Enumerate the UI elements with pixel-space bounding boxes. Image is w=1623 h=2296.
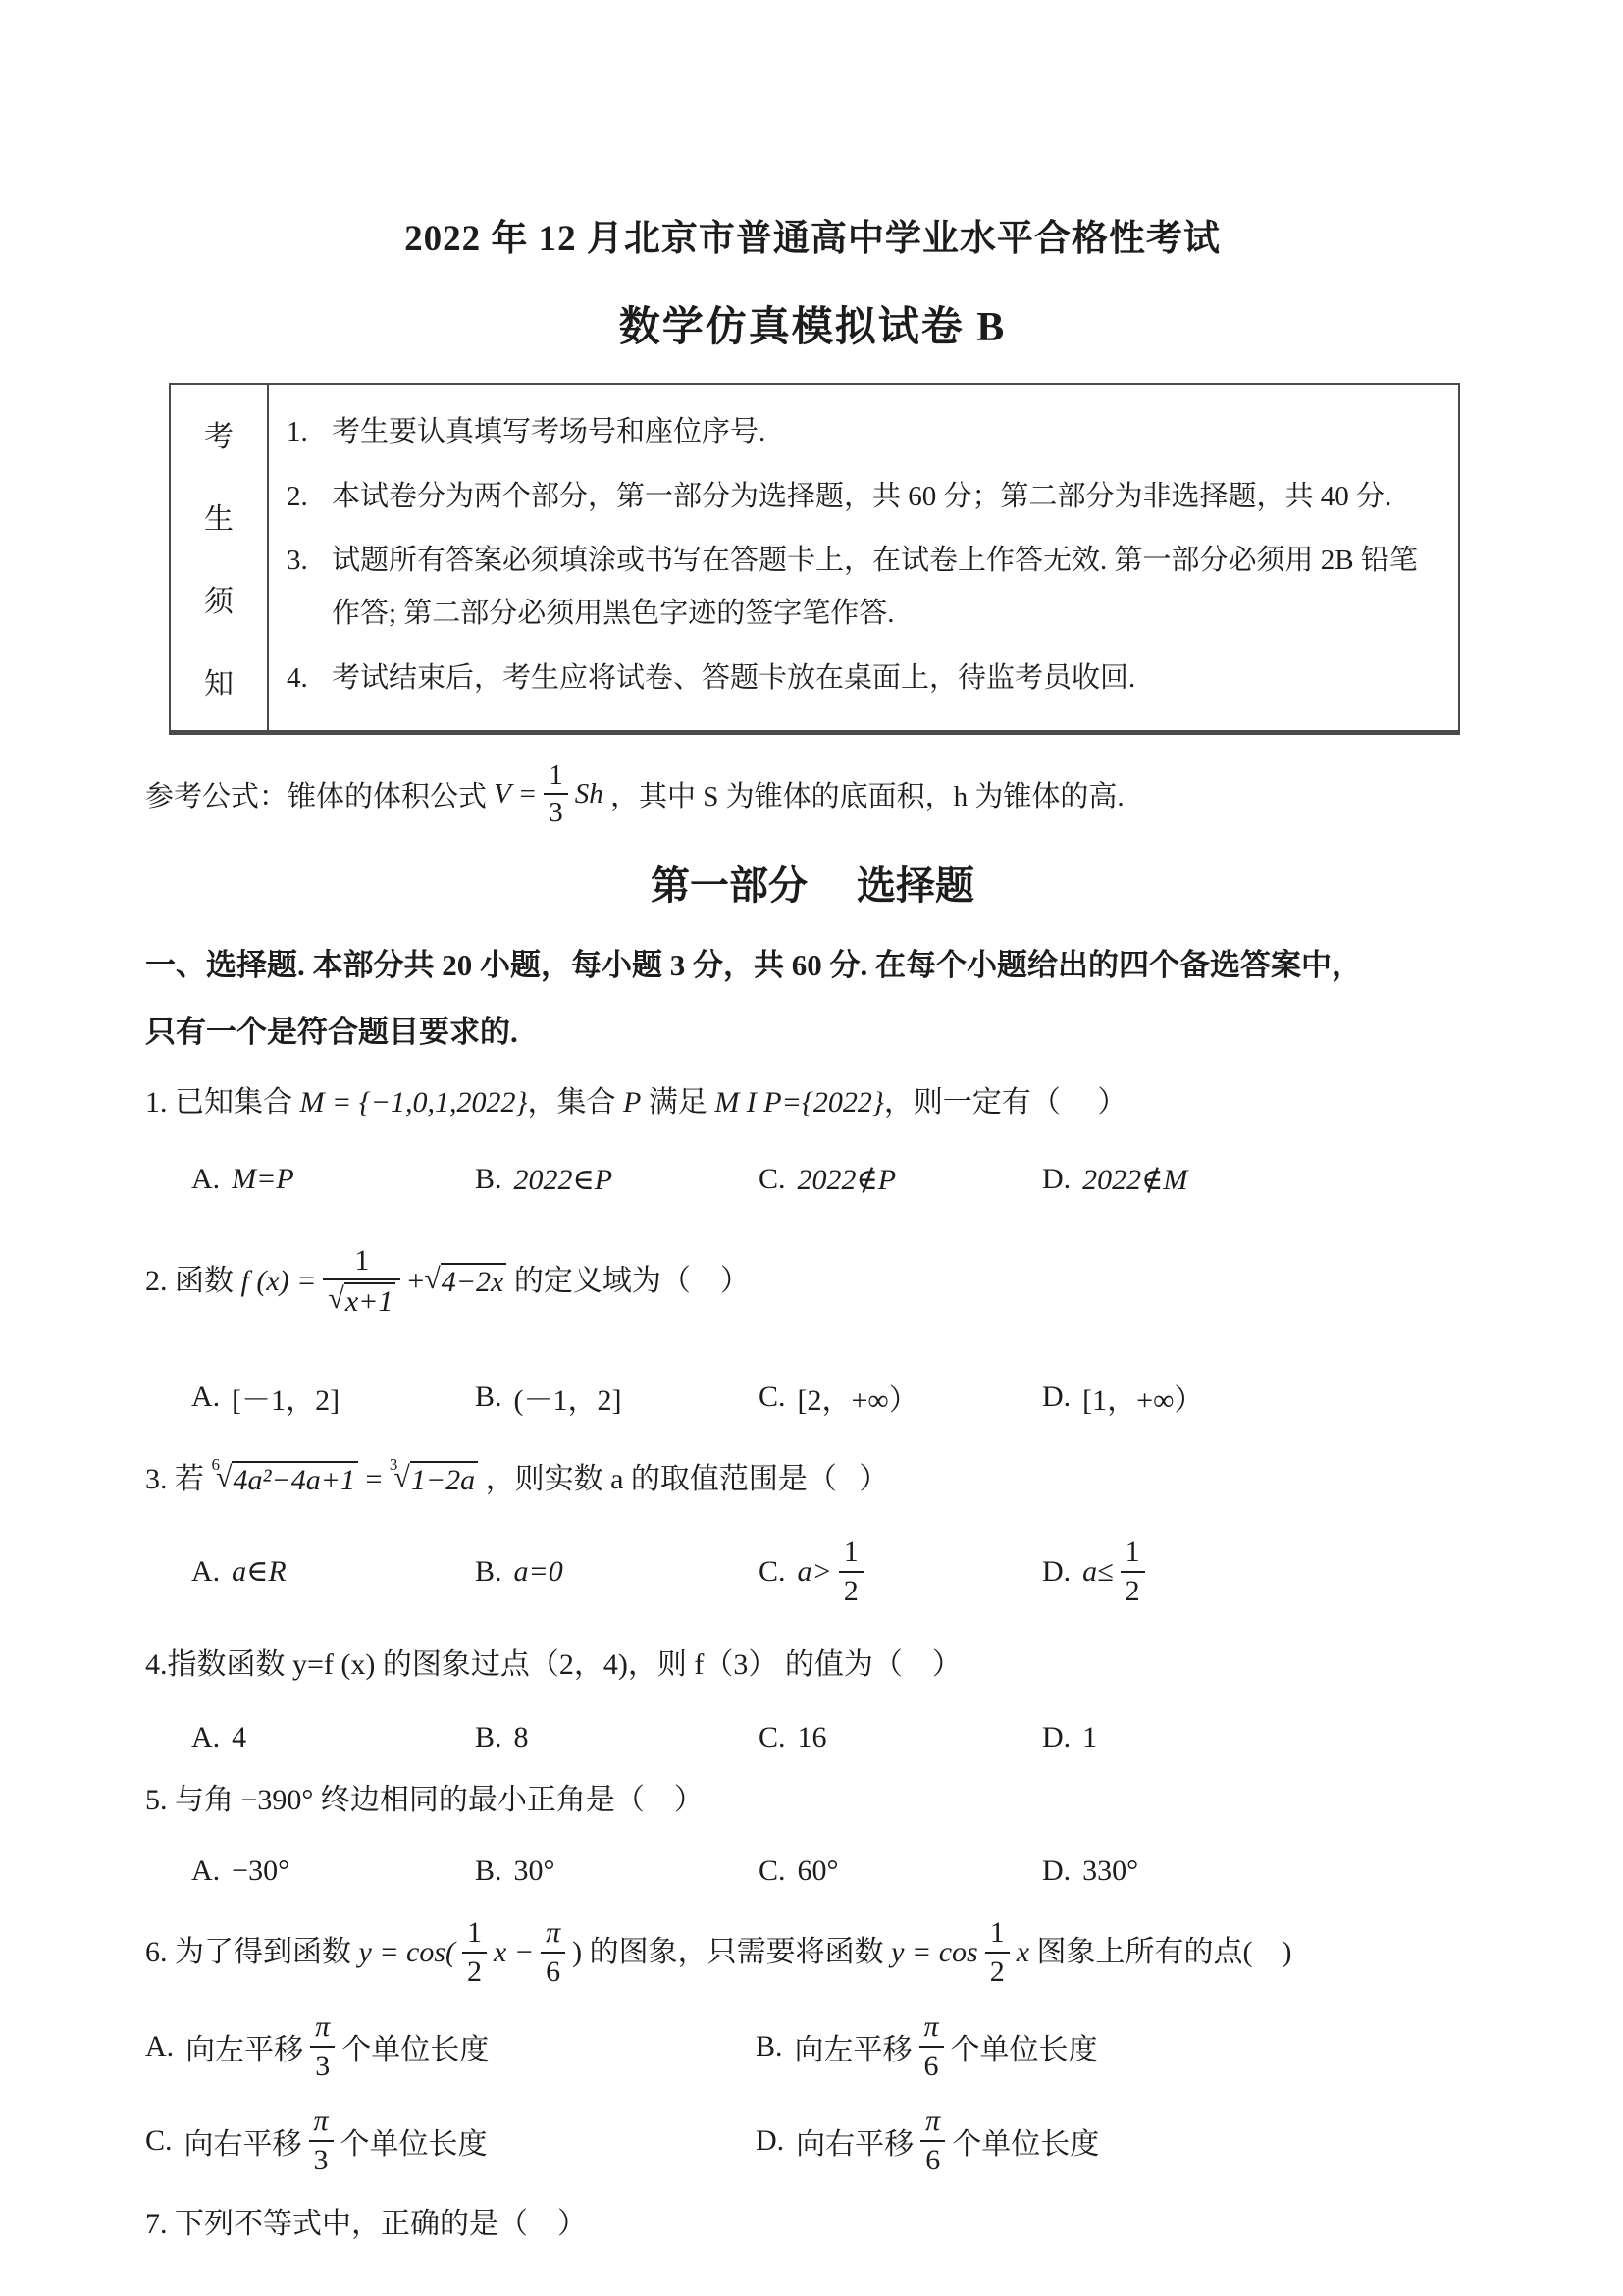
q1-option-d-label: D. [1042,1163,1071,1196]
volume-formula-lhs: V = [494,778,537,810]
q3-option-d-denominator: 2 [1121,1571,1145,1610]
q1-option-c-text: 2022∉P [798,1163,897,1197]
q6-option-a-fraction: π3 [310,2009,335,2084]
part1-instructions-line1: 一、选择题. 本部分共 20 小题，每小题 3 分，共 60 分. 在每个小题给… [145,932,1480,999]
q4-option-b-text: 8 [514,1721,529,1754]
q5-option-c: C.60° [759,1854,1042,1888]
q4-option-c-label: C. [759,1721,786,1754]
q3-option-b: B.a=0 [475,1555,759,1589]
q6-option-b-fraction: π6 [919,2009,944,2084]
question-6-options-row-2: C.向右平移π3个单位长度 D.向右平移π6个单位长度 [145,2094,1480,2188]
q3-cube-root-index: 3 [390,1453,398,1477]
notice-side-char-3: 须 [204,577,234,620]
q2-option-c: C.[2，+∞） [759,1376,1042,1419]
q6-option-d-label: D. [756,2124,784,2158]
q1-text-4: ，则一定有（ ） [884,1086,1127,1119]
q1-option-a-text: M=P [232,1163,294,1196]
q2-option-c-text: [2，+∞） [798,1376,918,1419]
q5-option-d-text: 330° [1082,1854,1138,1888]
one-third-fraction: 1 3 [544,757,568,831]
volume-formula-sh: Sh [575,778,603,810]
q3-text-2: ，则实数 a 的取值范围是（ ） [478,1459,888,1500]
q6-option-a-pre: 向左平移 [185,2025,303,2068]
notice-item-4-text: 考试结束后，考生应将试卷、答题卡放在桌面上，待监考员收回. [332,652,1435,705]
q1-option-b-text: 2022∈P [514,1163,613,1197]
question-5-options: A.−30° B.30° C.60° D.330° [145,1854,1480,1888]
q5-option-a: A.−30° [191,1854,475,1888]
q2-option-b: B.(－1，2] [475,1376,759,1419]
q2-option-b-label: B. [475,1381,502,1414]
q2-option-a: A.[－1，2] [191,1376,475,1419]
q1-option-c: C.2022∉P [759,1163,1042,1197]
q1-option-d: D.2022∉M [1042,1163,1187,1197]
question-2-stem: 2. 函数 f (x) = 1 √x+1 + √4−2x 的定义域为（ ） [145,1215,1480,1348]
q3-option-d-pre: a≤ [1082,1555,1113,1589]
q2-fraction-denominator: √x+1 [323,1278,400,1320]
q2-denominator-radical: √x+1 [328,1282,395,1320]
q6-option-b-numerator: π [919,2009,944,2046]
q6-func2-x: x [1017,1932,1029,1973]
q2-option-d-text: [1，+∞） [1082,1376,1203,1419]
notice-item-4-number: 4. [287,652,332,705]
q1-intersection-expr: M I P={2022} [714,1086,884,1119]
q6-fraction-2: π6 [541,1914,565,1990]
notice-item-2-text: 本试卷分为两个部分，第一部分为选择题，共 60 分；第二部分为非选择题，共 40… [332,471,1435,524]
q1-option-d-text: 2022∉M [1082,1163,1187,1197]
q1-option-a-label: A. [191,1163,220,1196]
q5-option-b-text: 30° [514,1854,555,1888]
q6-option-b-post: 个单位长度 [951,2025,1098,2068]
q3-option-c-numerator: 1 [839,1534,864,1571]
q3-option-a: A.a∈R [191,1554,475,1589]
question-4-options: A.4 B.8 C.16 D.1 [145,1721,1480,1754]
fraction-numerator: 1 [544,757,568,793]
question-2-options: A.[－1，2] B.(－1，2] C.[2，+∞） D.[1，+∞） [145,1376,1480,1419]
q3-option-c: C.a>12 [759,1534,1042,1609]
q3-option-c-denominator: 2 [839,1571,864,1610]
q2-second-radicand: 4−2x [441,1263,507,1300]
q6-text-3: 图象上所有的点( ) [1029,1932,1291,1973]
q4-option-d-text: 1 [1082,1721,1097,1754]
q6-fraction-2-denominator: 6 [541,1952,565,1991]
question-2: 2. 函数 f (x) = 1 √x+1 + √4−2x 的定义域为（ ） A.… [145,1215,1480,1419]
q6-func2-head: y = cos [891,1932,978,1973]
q3-option-d-fraction: 12 [1121,1534,1145,1609]
q3-option-b-text: a=0 [514,1555,563,1589]
q6-option-c-label: C. [145,2124,173,2158]
q3-option-c-fraction: 12 [839,1534,864,1609]
q1-text-3: 满足 [641,1086,714,1119]
q6-fraction-1-numerator: 1 [462,1914,487,1952]
q2-option-d-label: D. [1042,1381,1071,1414]
q6-fraction-2-numerator: π [541,1914,565,1952]
question-7-stem: 7. 下列不等式中，正确的是（ ） [145,2204,1480,2245]
q6-option-b: B.向左平移π6个单位长度 [756,2009,1098,2084]
notice-item-1-number: 1. [287,406,332,459]
q2-plus-sign: + [407,1261,424,1302]
q6-option-d-denominator: 6 [920,2140,945,2179]
q2-option-c-label: C. [759,1381,786,1414]
q3-sixth-root-radicand: 4a²−4a+1 [232,1461,357,1498]
q2-fx: f (x) = [241,1261,317,1302]
q2-option-a-label: A. [191,1381,220,1414]
reference-suffix: ，其中 S 为锥体的底面积，h 为锥体的高. [603,774,1125,814]
q5-option-c-text: 60° [798,1854,839,1888]
q1-text-2: ，集合 [527,1086,623,1119]
q3-option-b-label: B. [475,1555,502,1589]
q5-option-b-label: B. [475,1854,502,1888]
q6-option-c-pre: 向右平移 [184,2119,302,2163]
q6-option-a: A.向左平移π3个单位长度 [145,2009,756,2084]
reference-formula-line: 参考公式：锥体的体积公式 V = 1 3 Sh ，其中 S 为锥体的底面积，h … [145,749,1480,839]
q6-fraction-1-denominator: 2 [462,1952,487,1991]
radical-sign: √ [328,1282,343,1315]
q1-option-c-label: C. [759,1163,786,1196]
q6-fraction-3: 12 [985,1914,1010,1990]
q5-option-a-text: −30° [232,1854,289,1888]
q4-option-a: A.4 [191,1721,475,1754]
q6-func1-mid: x − [494,1932,534,1973]
question-5-stem: 5. 与角 −390° 终边相同的最小正角是（ ） [145,1780,1480,1821]
q2-text-1: 2. 函数 [145,1261,241,1302]
q1-text-1: 1. 已知集合 [145,1086,300,1119]
q1-var-p: P [623,1086,641,1119]
q6-fraction-1: 12 [462,1914,487,1990]
question-1-stem: 1. 已知集合 M = {−1,0,1,2022}，集合 P 满足 M I P=… [145,1082,1480,1123]
q3-option-d-numerator: 1 [1121,1534,1145,1571]
q3-option-a-label: A. [191,1555,220,1589]
notice-side-char-4: 知 [204,659,234,703]
exam-title: 2022 年 12 月北京市普通高中学业水平合格性考试 [145,208,1480,261]
q6-option-c: C.向右平移π3个单位长度 [145,2103,756,2178]
radical-sign: √ [424,1263,440,1295]
q3-text-1: 3. 若 [145,1459,212,1500]
part1-instructions: 一、选择题. 本部分共 20 小题，每小题 3 分，共 60 分. 在每个小题给… [145,932,1480,1066]
q4-option-c-text: 16 [798,1721,827,1754]
reference-prefix: 参考公式：锥体的体积公式 [145,774,494,814]
q6-text-1: 6. 为了得到函数 [145,1932,359,1973]
notice-item-4: 4. 考试结束后，考生应将试卷、答题卡放在桌面上，待监考员收回. [287,652,1435,705]
notice-side-label: 考 生 须 知 [171,385,269,730]
q6-option-d-numerator: π [920,2103,945,2140]
notice-item-1: 1. 考生要认真填写考场号和座位序号. [287,406,1435,459]
notice-item-2: 2. 本试卷分为两个部分，第一部分为选择题，共 60 分；第二部分为非选择题，共… [287,471,1435,524]
q4-option-a-label: A. [191,1721,220,1754]
exam-subtitle: 数学仿真模拟试卷 B [145,294,1480,353]
notice-item-3-number: 3. [287,535,332,640]
part1-instructions-line2: 只有一个是符合题目要求的. [145,999,1480,1066]
question-1-options: A.M=P B.2022∈P C.2022∉P D.2022∉M [145,1163,1480,1197]
q6-option-a-label: A. [145,2030,174,2063]
q4-option-a-text: 4 [232,1721,246,1754]
fraction-denominator: 3 [544,793,568,830]
q3-option-c-pre: a> [798,1555,832,1589]
q2-fraction: 1 √x+1 [323,1242,400,1321]
notice-item-list: 1. 考生要认真填写考场号和座位序号. 2. 本试卷分为两个部分，第一部分为选择… [269,385,1458,730]
question-6-stem: 6. 为了得到函数 y = cos( 12 x − π6 ) 的图象，只需要将函… [145,1905,1480,2000]
q2-fraction-numerator: 1 [349,1242,374,1279]
q6-fraction-3-numerator: 1 [985,1914,1010,1952]
question-4-stem: 4.指数函数 y=f (x) 的图象过点（2，4)，则 f（3） 的值为（ ） [145,1644,1480,1686]
q6-option-c-post: 个单位长度 [340,2119,488,2163]
q6-option-a-post: 个单位长度 [341,2025,489,2068]
question-7: 7. 下列不等式中，正确的是（ ） [145,2204,1480,2245]
notice-item-3-text: 试题所有答案必须填涂或书写在答题卡上，在试卷上作答无效. 第一部分必须用 2B … [332,535,1435,640]
q6-func1-head: y = cos( [359,1932,456,1973]
q2-denominator-radicand: x+1 [344,1282,396,1320]
q1-option-a: A.M=P [191,1163,475,1196]
notice-item-3: 3. 试题所有答案必须填涂或书写在答题卡上，在试卷上作答无效. 第一部分必须用 … [287,535,1435,640]
question-3-stem: 3. 若 6√4a²−4a+1 = 3√1−2a ，则实数 a 的取值范围是（ … [145,1442,1480,1517]
question-3: 3. 若 6√4a²−4a+1 = 3√1−2a ，则实数 a 的取值范围是（ … [145,1442,1480,1623]
q5-option-c-label: C. [759,1854,786,1888]
q3-option-d: D.a≤12 [1042,1534,1152,1609]
candidate-notice-box: 考 生 须 知 1. 考生要认真填写考场号和座位序号. 2. 本试卷分为两个部分… [169,383,1460,735]
q4-option-b: B.8 [475,1721,759,1754]
q6-option-b-denominator: 6 [919,2046,944,2085]
q2-option-b-text: (－1，2] [514,1376,622,1419]
question-6: 6. 为了得到函数 y = cos( 12 x − π6 ) 的图象，只需要将函… [145,1905,1480,2188]
q4-option-d: D.1 [1042,1721,1097,1754]
q6-option-c-numerator: π [309,2103,334,2140]
q2-option-a-text: [－1，2] [232,1376,340,1419]
notice-item-2-number: 2. [287,471,332,524]
q6-option-a-numerator: π [310,2009,335,2046]
question-1: 1. 已知集合 M = {−1,0,1,2022}，集合 P 满足 M I P=… [145,1082,1480,1197]
q5-option-a-label: A. [191,1854,220,1888]
q1-option-b: B.2022∈P [475,1163,759,1197]
exam-page: 2022 年 12 月北京市普通高中学业水平合格性考试 数学仿真模拟试卷 B 考… [0,0,1623,2296]
question-5: 5. 与角 −390° 终边相同的最小正角是（ ） A.−30° B.30° C… [145,1780,1480,1888]
q3-option-c-label: C. [759,1555,786,1589]
q6-option-a-denominator: 3 [310,2046,335,2085]
q6-text-2: ) 的图象，只需要将函数 [572,1932,891,1973]
notice-side-char-2: 生 [204,495,234,538]
q6-option-d-fraction: π6 [920,2103,945,2178]
notice-item-1-text: 考生要认真填写考场号和座位序号. [332,406,1435,459]
q6-option-c-denominator: 3 [309,2140,334,2179]
q3-option-d-label: D. [1042,1555,1071,1589]
q2-option-d: D.[1，+∞） [1042,1376,1203,1419]
q3-option-a-text: a∈R [232,1554,287,1589]
question-4: 4.指数函数 y=f (x) 的图象过点（2，4)，则 f（3） 的值为（ ） … [145,1644,1480,1754]
q6-option-b-label: B. [756,2030,783,2063]
q4-option-d-label: D. [1042,1721,1071,1754]
q3-sixth-root-index: 6 [212,1453,221,1477]
question-3-options: A.a∈R B.a=0 C.a>12 D.a≤12 [145,1521,1480,1623]
q4-option-b-label: B. [475,1721,502,1754]
q4-option-c: C.16 [759,1721,1042,1754]
q6-option-c-fraction: π3 [309,2103,334,2178]
q5-option-d: D.330° [1042,1854,1138,1888]
q5-option-d-label: D. [1042,1854,1071,1888]
q3-cube-root: 3√1−2a [390,1461,478,1498]
q1-option-b-label: B. [475,1163,502,1196]
q5-option-b: B.30° [475,1854,759,1888]
q3-sixth-root: 6√4a²−4a+1 [212,1461,358,1498]
q2-second-radical: √4−2x [424,1263,506,1300]
q6-fraction-3-denominator: 2 [985,1952,1010,1991]
q3-equals: = [358,1459,390,1500]
q1-set-m: M = {−1,0,1,2022} [300,1086,528,1119]
part1-heading: 第一部分 选择题 [145,855,1480,911]
notice-side-char-1: 考 [204,412,234,455]
q6-option-d-pre: 向右平移 [796,2119,914,2163]
q6-option-b-pre: 向左平移 [795,2025,913,2068]
q2-text-2: 的定义域为（ ） [506,1261,750,1302]
q6-option-d-post: 个单位长度 [952,2119,1099,2163]
question-6-options-row-1: A.向左平移π3个单位长度 B.向左平移π6个单位长度 [145,2000,1480,2094]
q3-cube-root-radicand: 1−2a [410,1461,478,1498]
q6-option-d: D.向右平移π6个单位长度 [756,2103,1099,2178]
